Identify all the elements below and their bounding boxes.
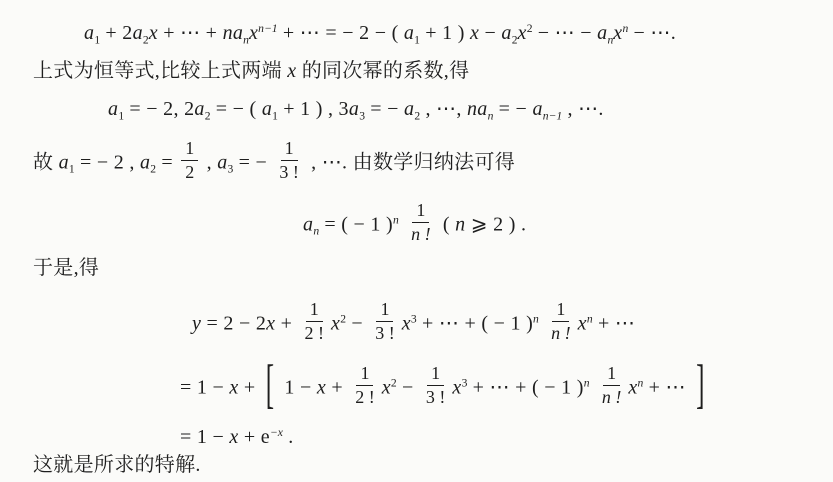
textbook-page: a1 + 2a2x + ⋯ + nanxn−1 + ⋯ = − 2 − ( a1… xyxy=(0,0,833,482)
paragraph-thus: 于是,得 xyxy=(33,255,99,282)
paragraph-conclusion: 这就是所求的特解. xyxy=(33,452,201,479)
equation-y-series: y = 2 − 2x + 12 !x2 − 13 !x3 + ⋯ + ( − 1… xyxy=(192,302,635,347)
equation-coefficient-relations: a1 = − 2, 2a2 = − ( a1 + 1 ) , 3a3 = − a… xyxy=(108,96,604,124)
paragraph-induction: 故 a1 = − 2 , a2 = 12 , a3 = − 13 ! , ⋯. … xyxy=(33,141,515,186)
paragraph-compare-coefficients: 上式为恒等式,比较上式两端 x 的同次幂的系数,得 xyxy=(33,58,469,85)
equation-general-term: an = ( − 1 )n 1n ! ( n ⩾ 2 ) . xyxy=(303,203,526,248)
equation-y-bracketed: = 1 − x + [ 1 − x + 12 !x2 − 13 !x3 + ⋯ … xyxy=(180,366,709,411)
equation-y-closed-form: = 1 − x + e−x . xyxy=(180,424,294,451)
equation-recurrence-expansion: a1 + 2a2x + ⋯ + nanxn−1 + ⋯ = − 2 − ( a1… xyxy=(84,20,676,48)
